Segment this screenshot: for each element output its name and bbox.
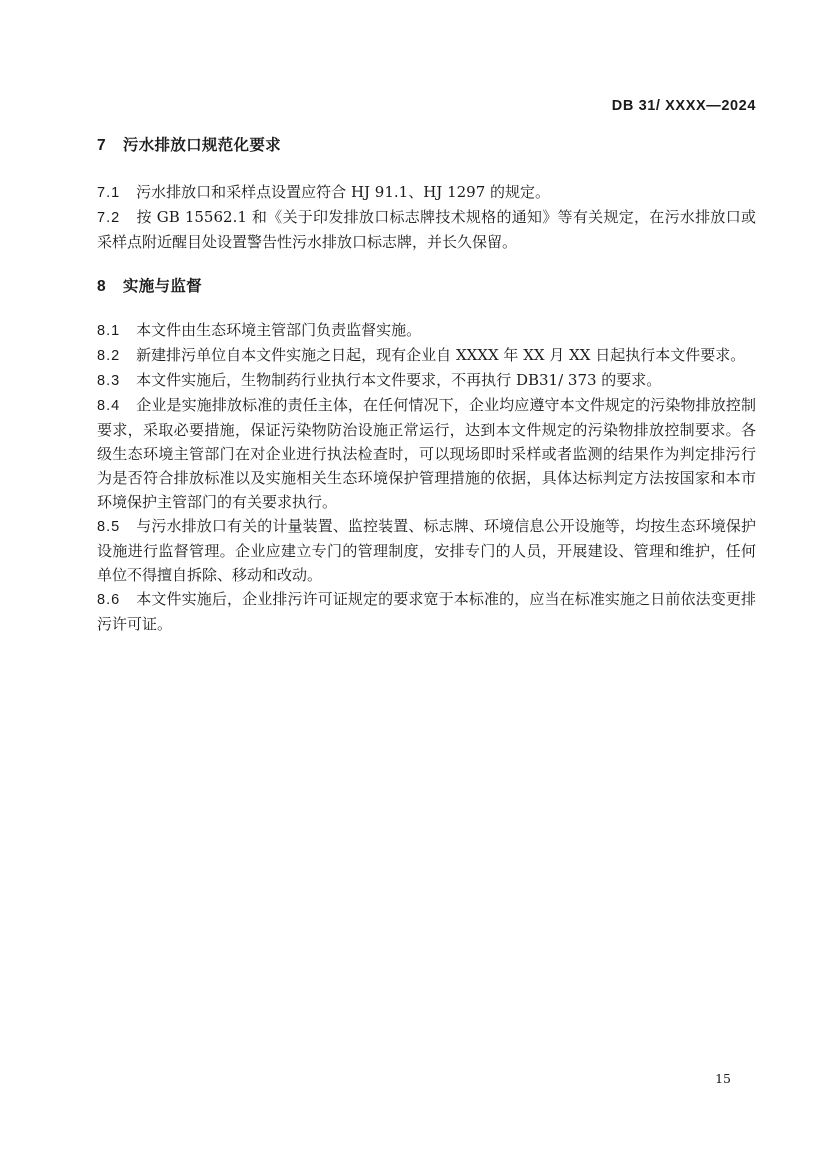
clause-7-2-text: 按 GB 15562.1 和《关于印发排放口标志牌技术规格的通知》等有关规定，在… <box>97 208 756 251</box>
clause-7-2-number: 7.2 <box>97 210 120 226</box>
section-8-title: 实施与监督 <box>123 278 202 295</box>
section-7-number: 7 <box>97 135 106 156</box>
clause-8-1-number: 8.1 <box>97 323 120 339</box>
section-7-heading: 7污水排放口规范化要求 <box>97 135 756 156</box>
clause-8-5-text: 与污水排放口有关的计量装置、监控装置、标志牌、环境信息公开设施等，均按生态环境保… <box>97 517 756 584</box>
clause-8-3-number: 8.3 <box>97 373 120 389</box>
clause-7-1: 7.1污水排放口和采样点设置应符合 HJ 91.1、HJ 1297 的规定。 <box>97 180 756 205</box>
clause-8-5-number: 8.5 <box>97 519 120 535</box>
page-number: 15 <box>715 1071 731 1086</box>
clause-8-3: 8.3本文件实施后，生物制药行业执行本文件要求，不再执行 DB31/ 373 的… <box>97 368 756 393</box>
clause-8-6: 8.6本文件实施后，企业排污许可证规定的要求宽于本标准的，应当在标准实施之日前依… <box>97 587 756 636</box>
clause-8-1-text: 本文件由生态环境主管部门负责监督实施。 <box>136 321 421 339</box>
page-content: DB 31/ XXXX—2024 7污水排放口规范化要求 7.1污水排放口和采样… <box>97 98 756 636</box>
clause-8-6-number: 8.6 <box>97 592 120 608</box>
clause-7-1-text: 污水排放口和采样点设置应符合 HJ 91.1、HJ 1297 的规定。 <box>136 183 550 201</box>
clause-8-6-text: 本文件实施后，企业排污许可证规定的要求宽于本标准的，应当在标准实施之日前依法变更… <box>97 590 756 633</box>
section-8-heading: 8实施与监督 <box>97 276 756 297</box>
clause-8-5: 8.5与污水排放口有关的计量装置、监控装置、标志牌、环境信息公开设施等，均按生态… <box>97 514 756 587</box>
clause-8-4-text: 企业是实施排放标准的责任主体，在任何情况下，企业均应遵守本文件规定的污染物排放控… <box>97 396 756 511</box>
clause-7-2: 7.2按 GB 15562.1 和《关于印发排放口标志牌技术规格的通知》等有关规… <box>97 205 756 254</box>
clause-8-2-text: 新建排污单位自本文件实施之日起，现有企业自 XXXX 年 XX 月 XX 日起执… <box>136 346 745 364</box>
document-code-header: DB 31/ XXXX—2024 <box>97 98 756 114</box>
section-8-number: 8 <box>97 276 106 297</box>
section-7-title: 污水排放口规范化要求 <box>123 137 281 154</box>
clause-8-2: 8.2新建排污单位自本文件实施之日起，现有企业自 XXXX 年 XX 月 XX … <box>97 343 756 368</box>
clause-7-1-number: 7.1 <box>97 185 120 201</box>
clause-8-4: 8.4企业是实施排放标准的责任主体，在任何情况下，企业均应遵守本文件规定的污染物… <box>97 393 756 514</box>
clause-8-3-text: 本文件实施后，生物制药行业执行本文件要求，不再执行 DB31/ 373 的要求。 <box>136 371 661 389</box>
clause-8-4-number: 8.4 <box>97 398 120 414</box>
document-page: DB 31/ XXXX—2024 7污水排放口规范化要求 7.1污水排放口和采样… <box>0 0 826 1169</box>
clause-8-1: 8.1本文件由生态环境主管部门负责监督实施。 <box>97 318 756 343</box>
clause-8-2-number: 8.2 <box>97 348 120 364</box>
